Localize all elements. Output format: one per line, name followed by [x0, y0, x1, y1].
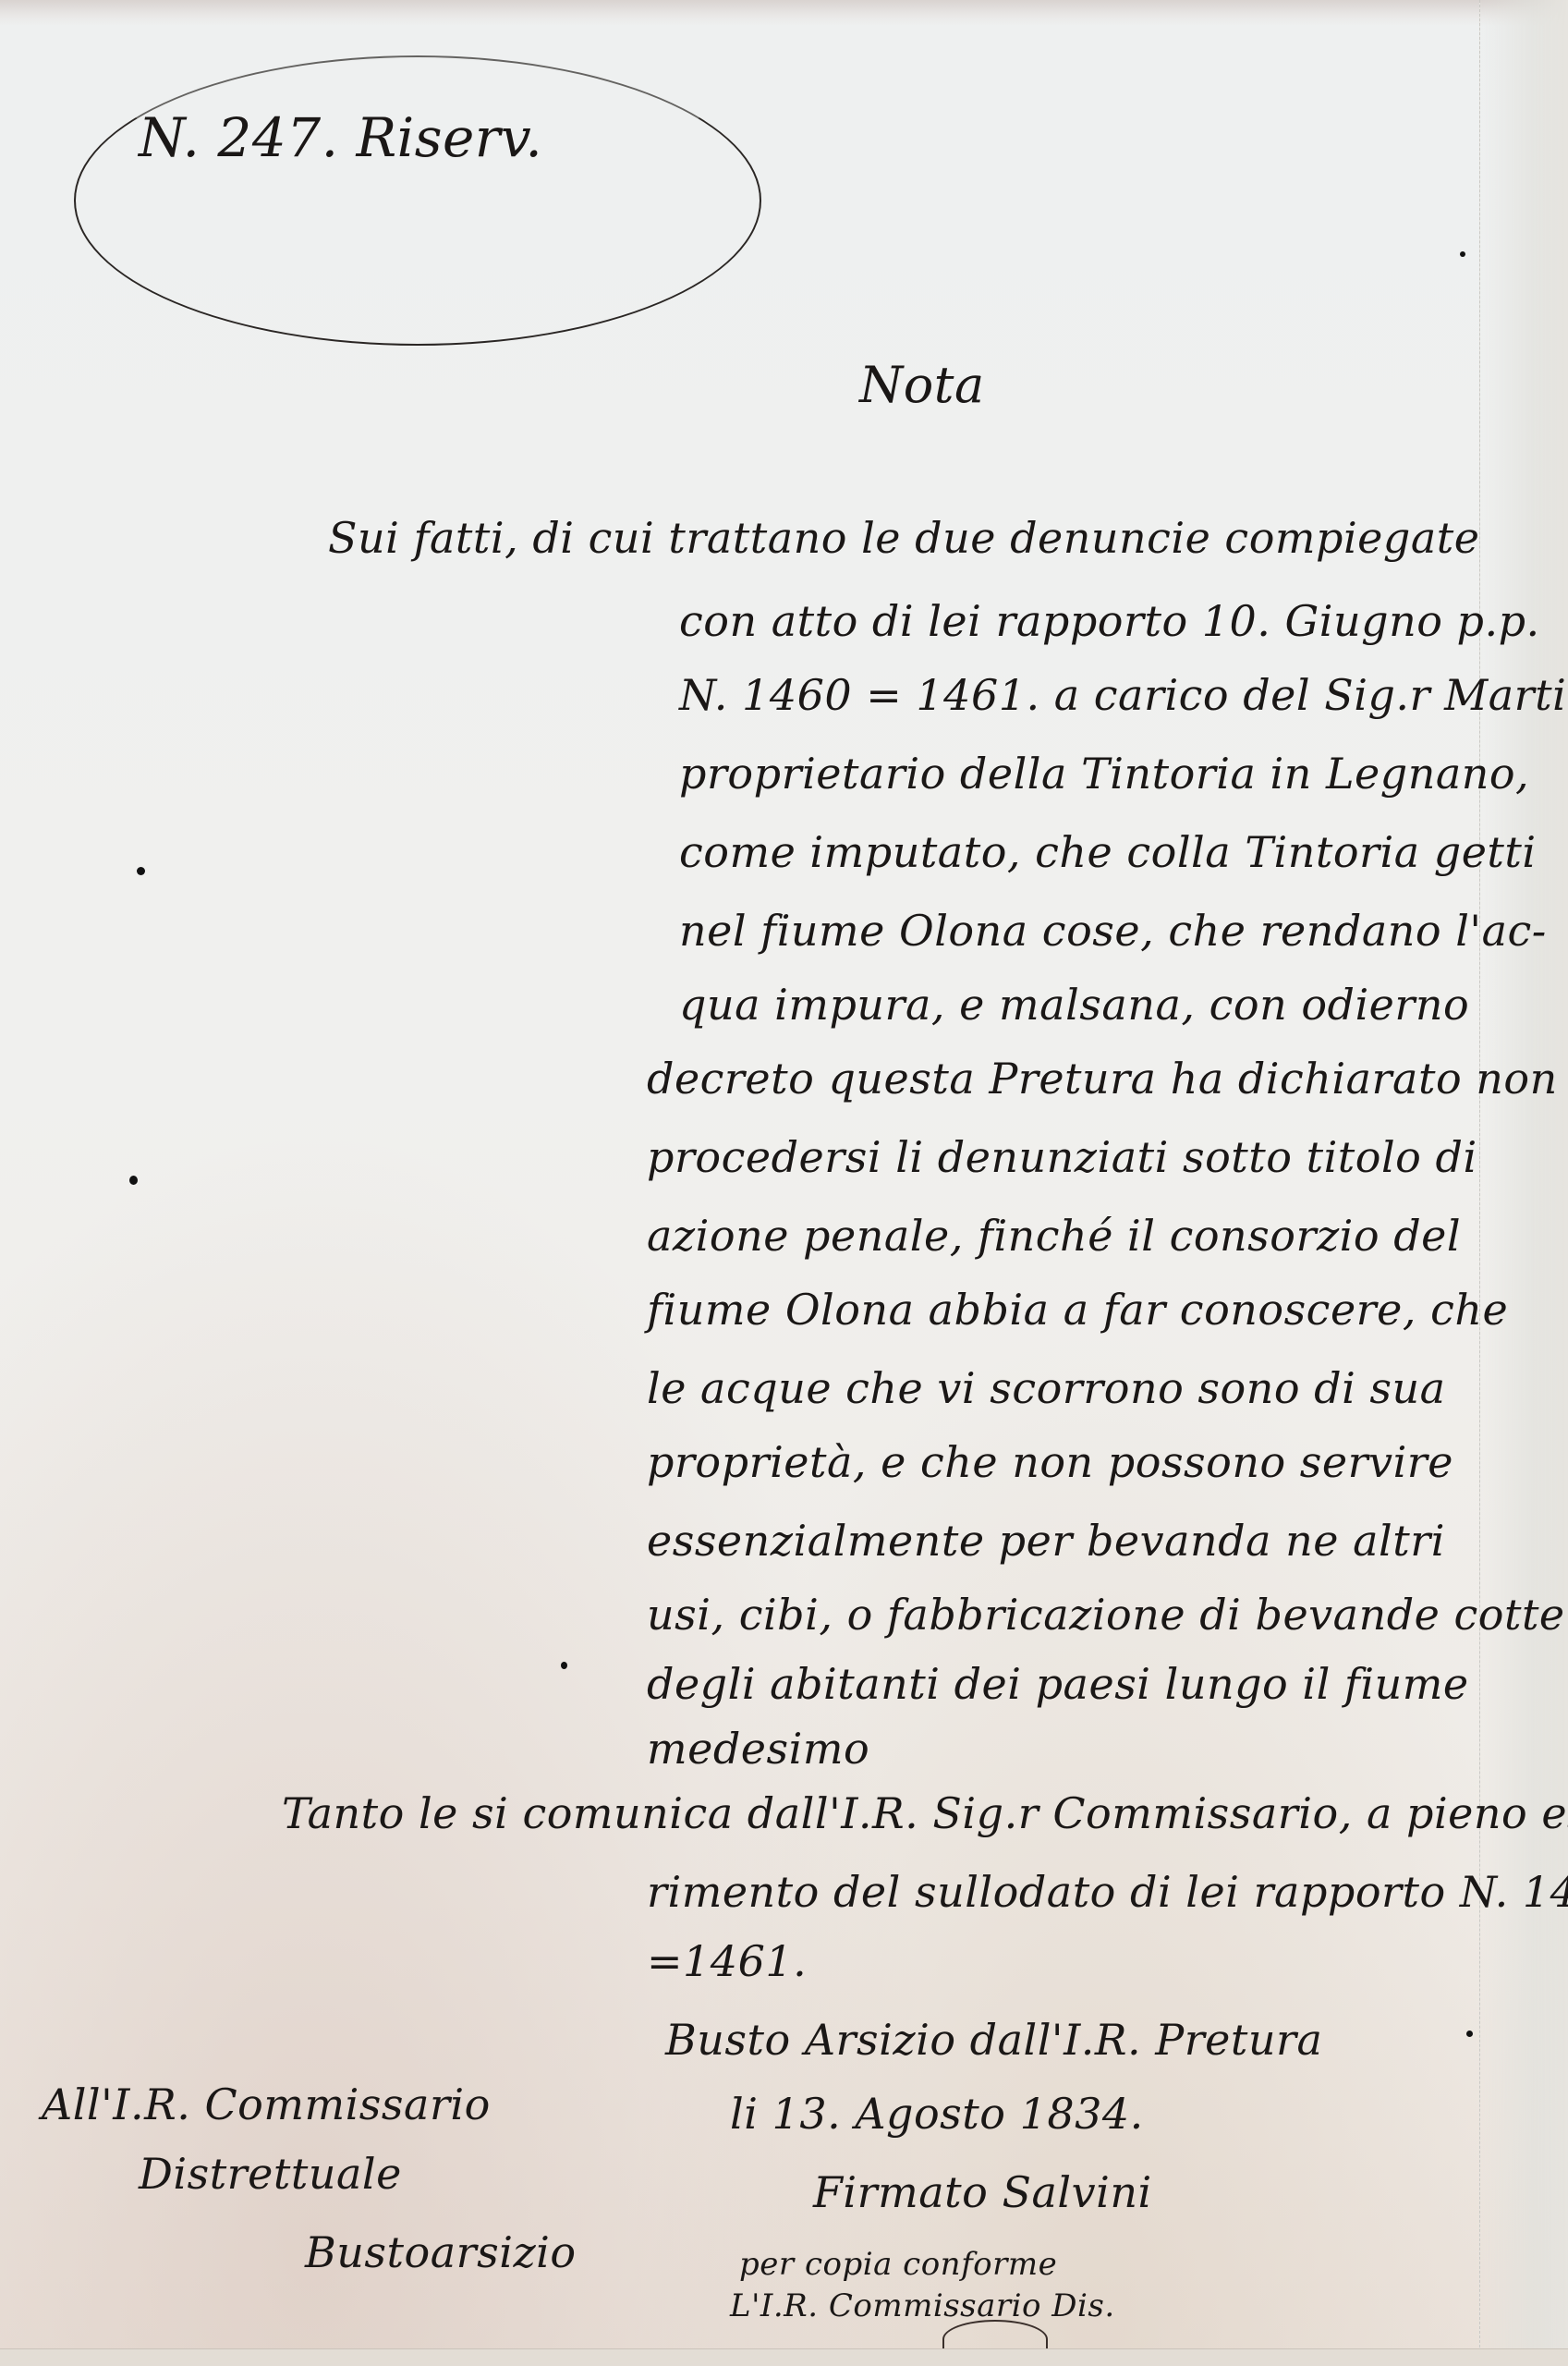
certification-line-2: L'I.R. Commissario Dis. [730, 2287, 1115, 2324]
body-line-9: procedersi li denunziati sotto titolo di [647, 1132, 1477, 1182]
body-line-13: proprietà, e che non possono servire [647, 1437, 1453, 1487]
protocol-oval-flourish [74, 55, 761, 346]
ink-speck [1460, 251, 1465, 257]
body-line-1: Sui fatti, di cui trattano le due denunc… [328, 513, 1479, 563]
ink-speck [129, 1176, 138, 1185]
paper-top-edge [0, 0, 1568, 26]
ink-speck [561, 1662, 567, 1669]
body-line-15: usi, cibi, o fabbricazione di bevande co… [647, 1590, 1565, 1640]
manuscript-page: N. 247. Riserv. Nota Sui fatti, di cui t… [0, 0, 1568, 2366]
body-line-2: con atto di lei rapporto 10. Giugno p.p. [679, 596, 1540, 646]
body-line-4: proprietario della Tintoria in Legnano, [679, 749, 1529, 799]
signature: Firmato Salvini [813, 2167, 1152, 2217]
protocol-number: N. 247. Riserv. [139, 106, 542, 169]
ink-speck [137, 867, 145, 875]
document-title: Nota [859, 356, 985, 414]
body-line-7: qua impura, e malsana, con odierno [679, 980, 1469, 1030]
body-line-6: nel fiume Olona cose, che rendano l'ac- [679, 906, 1547, 956]
certification-line-1: per copia conforme [739, 2246, 1057, 2283]
body-line-14: essenzialmente per bevanda ne altri [647, 1516, 1445, 1566]
addressee-line-3: Bustoarsizio [305, 2227, 577, 2277]
body-line-17: medesimo [647, 1724, 869, 1774]
body-line-8: decreto questa Pretura ha dichiarato non [647, 1054, 1558, 1104]
addressee-line-1: All'I.R. Commissario [42, 2079, 491, 2129]
paper-bottom-edge [0, 2348, 1568, 2366]
date-line: li 13. Agosto 1834. [730, 2089, 1144, 2139]
addressee-line-2: Distrettuale [139, 2149, 402, 2199]
body-line-3: N. 1460 = 1461. a carico del Sig.r Marti… [679, 670, 1568, 720]
closing-line-1: Tanto le si comunica dall'I.R. Sig.r Com… [282, 1788, 1568, 1838]
paper-right-fold [1479, 0, 1568, 2366]
closing-line-3: =1461. [647, 1936, 807, 1986]
closing-line-2: rimento del sullodato di lei rapporto N.… [647, 1867, 1568, 1917]
ink-speck [1466, 2031, 1473, 2037]
body-line-5: come imputato, che colla Tintoria getti [679, 827, 1537, 877]
body-line-12: le acque che vi scorrono sono di sua [647, 1363, 1446, 1413]
place-line: Busto Arsizio dall'I.R. Pretura [665, 2015, 1322, 2065]
body-line-16: degli abitanti dei paesi lungo il fiume [647, 1659, 1469, 1709]
body-line-11: fiume Olona abbia a far conoscere, che [647, 1285, 1508, 1335]
body-line-10: azione penale, finché il consorzio del [647, 1211, 1461, 1261]
